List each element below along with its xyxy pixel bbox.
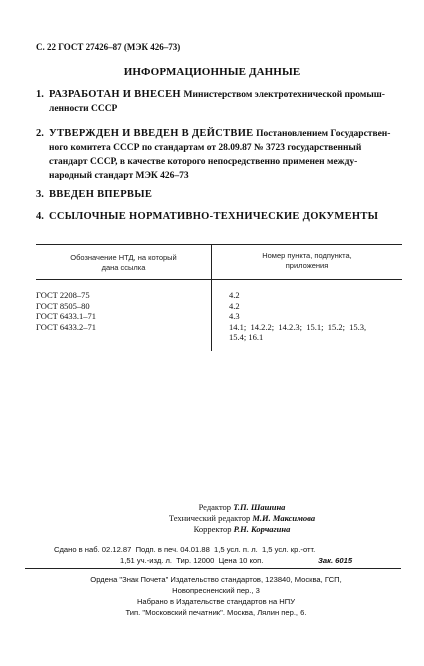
- table-cell-doc: ГОСТ 8505–80: [36, 301, 206, 312]
- table-cell-doc: ГОСТ 6433.1–71: [36, 311, 206, 322]
- item-text-line: Постановлением Государствен-: [256, 129, 390, 139]
- table-header-rule: [36, 279, 402, 280]
- publisher-line: Тип. "Московский печатник". Москва, Ляли…: [4, 607, 424, 618]
- imprint-rule: [25, 568, 401, 569]
- page-title: ИНФОРМАЦИОННЫЕ ДАННЫЕ: [0, 66, 424, 78]
- table-cell-doc: ГОСТ 2208–75: [36, 290, 206, 301]
- table-header-clause: Номер пункта, подпункта, приложения: [212, 251, 402, 271]
- item-text-line: Министерством электротехнической промыш-: [184, 90, 385, 100]
- item-number: 3.: [36, 188, 44, 202]
- item-heading: ССЫЛОЧНЫЕ НОРМАТИВНО-ТЕХНИЧЕСКИЕ ДОКУМЕН…: [49, 211, 378, 222]
- info-item-3: 3. ВВЕДЕН ВПЕРВЫЕ: [36, 188, 406, 202]
- info-item-4: 4. ССЫЛОЧНЫЕ НОРМАТИВНО-ТЕХНИЧЕСКИЕ ДОКУ…: [36, 210, 406, 224]
- item-heading: ВВЕДЕН ВПЕРВЫЕ: [49, 189, 152, 200]
- item-heading: УТВЕРЖДЕН И ВВЕДЕН В ДЕЙСТВИЕ: [49, 128, 253, 139]
- imprint-line-1: Сдано в наб. 02.12.87 Подп. в печ. 04.01…: [54, 544, 315, 555]
- table-header-document: Обозначение НТД, на который дана ссылка: [36, 253, 211, 273]
- table-cell-ref: 4.3: [229, 311, 409, 322]
- imprint-line-2: 1,51 уч.-изд. л. Тир. 12000 Цена 10 коп.: [120, 555, 263, 566]
- publisher-info: Ордена "Знак Почета" Издательство станда…: [4, 574, 424, 618]
- editorial-credits: Редактор Т.П. Шашина Технический редакто…: [30, 502, 424, 535]
- publisher-line: Новопресненский пер., 3: [4, 585, 424, 596]
- table-doc-column: ГОСТ 2208–75 ГОСТ 8505–80 ГОСТ 6433.1–71…: [36, 290, 206, 332]
- table-ref-column: 4.2 4.2 4.3 14.1; 14.2.2; 14.2.3; 15.1; …: [229, 290, 409, 343]
- table-cell-ref: 15.4; 16.1: [229, 332, 409, 343]
- table-cell-ref: 4.2: [229, 301, 409, 312]
- table-cell-doc: ГОСТ 6433.2–71: [36, 322, 206, 333]
- table-cell-ref: 14.1; 14.2.2; 14.2.3; 15.1; 15.2; 15.3,: [229, 322, 409, 333]
- credit-editor: Редактор Т.П. Шашина: [30, 502, 424, 513]
- order-number: Зак. 6015: [318, 555, 352, 566]
- item-text-line: ленности СССР: [49, 104, 117, 114]
- table-top-rule: [36, 244, 402, 245]
- item-text-line: ного комитета СССР по стандартам от 28.0…: [49, 143, 361, 153]
- publisher-line: Ордена "Знак Почета" Издательство станда…: [4, 574, 424, 585]
- item-text-line: народный стандарт МЭК 426–73: [49, 171, 189, 181]
- item-text-line: стандарт СССР, в качестве которого непос…: [49, 157, 357, 167]
- info-item-1: 1. РАЗРАБОТАН И ВНЕСЕН Министерством эле…: [36, 88, 406, 116]
- publisher-line: Набрано в Издательстве стандартов на НПУ: [4, 596, 424, 607]
- item-number: 2.: [36, 127, 44, 141]
- table-cell-ref: 4.2: [229, 290, 409, 301]
- page-header: С. 22 ГОСТ 27426–87 (МЭК 426–73): [36, 42, 180, 52]
- credit-corrector: Корректор Р.Н. Корчагина: [30, 524, 424, 535]
- credit-tech-editor: Технический редактор М.И. Максимова: [30, 513, 424, 524]
- item-number: 1.: [36, 88, 44, 102]
- info-item-2: 2. УТВЕРЖДЕН И ВВЕДЕН В ДЕЙСТВИЕ Постано…: [36, 127, 406, 183]
- item-number: 4.: [36, 210, 44, 224]
- item-heading: РАЗРАБОТАН И ВНЕСЕН: [49, 89, 181, 100]
